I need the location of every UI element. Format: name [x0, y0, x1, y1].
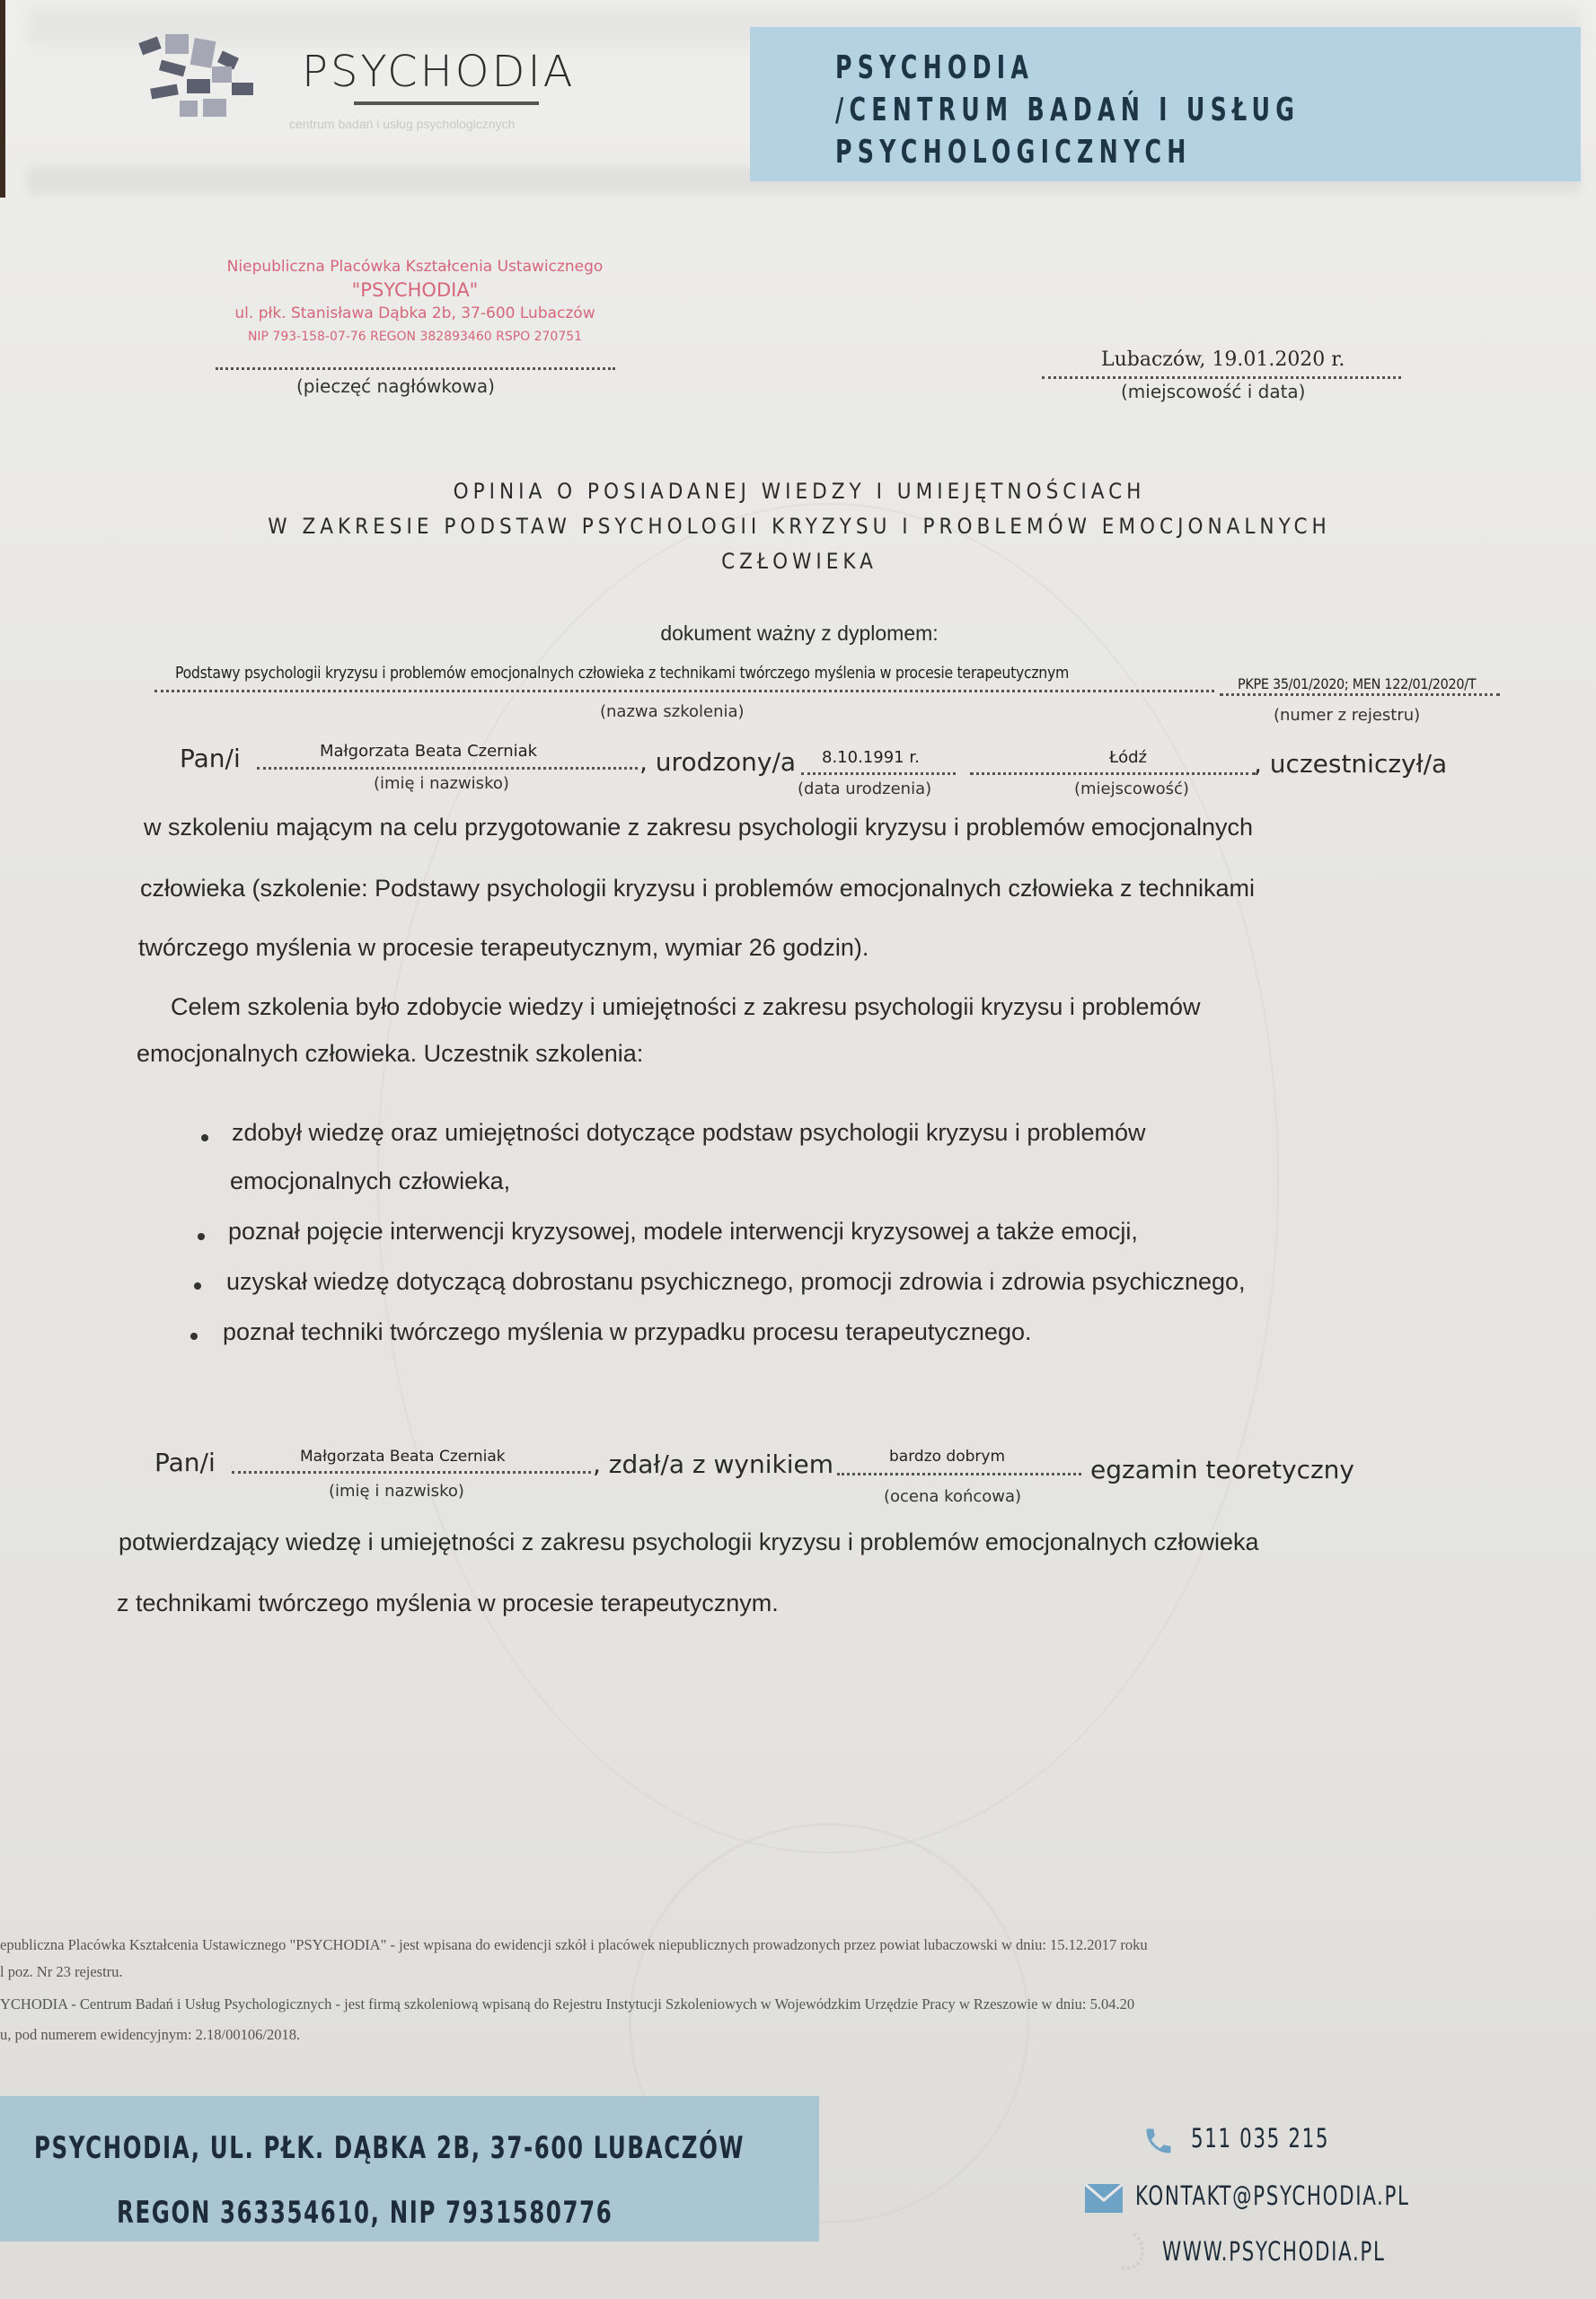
grade-dotted-line	[837, 1473, 1081, 1475]
stamp-line: "PSYCHODIA"	[199, 278, 630, 302]
title-line: W ZAKRESIE PODSTAW PSYCHOLOGII KRYZYSU I…	[153, 509, 1446, 544]
place-date-caption: (miejscowość i data)	[1121, 381, 1306, 402]
footer-website: WWW.PSYCHODIA.PL	[1162, 2236, 1385, 2267]
bullet-item: uzyskał wiedzę dotyczącą dobrostanu psyc…	[226, 1268, 1246, 1296]
footer-ids: REGON 363354610, NIP 7931580776	[117, 2195, 613, 2231]
title-line: CZŁOWIEKA	[153, 544, 1446, 579]
logo-underline	[354, 101, 539, 105]
confirm-line: z technikami twórczego myślenia w proces…	[117, 1590, 779, 1617]
exam-prefix: Pan/i	[154, 1448, 216, 1477]
bullet-icon	[198, 1233, 205, 1240]
register-number-caption: (numer z rejestru)	[1274, 706, 1420, 725]
course-dotted-line	[154, 690, 1214, 692]
footnote-line: u, pod numerem ewidencyjnym: 2.18/00106/…	[0, 2026, 300, 2044]
exam-name-caption: (imię i nazwisko)	[329, 1482, 464, 1501]
birth-date-caption: (data urodzenia)	[798, 780, 931, 798]
photo-edge	[0, 0, 5, 198]
bullet-icon	[194, 1282, 201, 1290]
stamp-dotted-line	[216, 367, 615, 370]
email-icon	[1085, 2184, 1123, 2213]
bullet-item: zdobył wiedzę oraz umiejętności dotycząc…	[232, 1119, 1145, 1147]
attended-label: , uczestniczył/a	[1254, 749, 1447, 779]
participant-name-dotted-line	[257, 767, 638, 770]
header-band-line: PSYCHOLOGICZNYCH	[835, 131, 1300, 173]
place-date-dotted-line	[1042, 376, 1401, 379]
stamp-caption: (pieczęć nagłówkowa)	[296, 375, 495, 397]
guilloche-watermark	[377, 503, 1279, 1854]
body-line: w szkoleniu mającym na celu przygotowani…	[144, 814, 1253, 841]
stamp-line: ul. płk. Stanisława Dąbka 2b, 37-600 Lub…	[199, 302, 630, 325]
bullet-icon	[190, 1333, 198, 1340]
phone-icon	[1142, 2125, 1175, 2157]
footer-address: PSYCHODIA, UL. PŁK. DĄBKA 2B, 37-600 LUB…	[34, 2130, 745, 2166]
header-band-line: PSYCHODIA	[835, 47, 1300, 89]
brand-logo-text: PSYCHODIA	[302, 47, 575, 97]
brain-logo-icon	[133, 27, 268, 128]
exam-name-dotted-line	[232, 1471, 591, 1474]
birth-date-value: 8.10.1991 r.	[822, 748, 920, 767]
body-line: twórczego myślenia w procesie terapeutyc…	[138, 934, 869, 962]
passed-label: , zdał/a z wynikiem	[593, 1449, 833, 1479]
header-band-line: /CENTRUM BADAŃ I USŁUG	[835, 89, 1300, 131]
bullet-item: poznał pojęcie interwencji kryzysowej, m…	[228, 1218, 1138, 1246]
institution-stamp: Niepubliczna Placówka Kształcenia Ustawi…	[199, 255, 630, 348]
stamp-line: NIP 793-158-07-76 REGON 382893460 RSPO 2…	[199, 325, 630, 348]
header-band: PSYCHODIA /CENTRUM BADAŃ I USŁUG PSYCHOL…	[750, 27, 1581, 181]
born-label: , urodzony/a	[639, 747, 796, 777]
footnote-line: l poz. Nr 23 rejestru.	[0, 1963, 123, 1981]
bullet-item-continued: emocjonalnych człowieka,	[230, 1167, 510, 1195]
course-name-value: Podstawy psychologii kryzysu i problemów…	[175, 665, 1069, 683]
participant-prefix: Pan/i	[180, 744, 241, 773]
exam-label: egzamin teoretyczny	[1090, 1455, 1354, 1484]
exam-name-value: Małgorzata Beata Czerniak	[300, 1448, 506, 1466]
valid-with-diploma: dokument ważny z dyplomem:	[153, 621, 1446, 646]
body-line: człowieka (szkolenie: Podstawy psycholog…	[140, 875, 1255, 903]
course-name-caption: (nazwa szkolenia)	[600, 702, 745, 721]
body-line: emocjonalnych człowieka. Uczestnik szkol…	[137, 1040, 643, 1068]
birth-place-caption: (miejscowość)	[1074, 780, 1189, 798]
stamp-line: Niepubliczna Placówka Kształcenia Ustawi…	[199, 255, 630, 278]
footer-phone: 511 035 215	[1191, 2123, 1329, 2154]
grade-caption: (ocena końcowa)	[884, 1487, 1021, 1506]
globe-icon	[1114, 2231, 1144, 2270]
body-line: Celem szkolenia było zdobycie wiedzy i u…	[171, 993, 1200, 1021]
participant-name-caption: (imię i nazwisko)	[374, 774, 509, 793]
confirm-line: potwierdzający wiedzę i umiejętności z z…	[119, 1528, 1259, 1556]
place-date-value: Lubaczów, 19.01.2020 r.	[1101, 348, 1345, 371]
grade-value: bardzo dobrym	[889, 1448, 1005, 1466]
bullet-icon	[201, 1134, 208, 1141]
footnote-line: epubliczna Placówka Kształcenia Ustawicz…	[0, 1936, 1148, 1954]
birth-date-dotted-line	[801, 772, 956, 775]
register-number-value: PKPE 35/01/2020; MEN 122/01/2020/T	[1238, 675, 1476, 692]
brand-tagline: centrum badań i usług psychologicznych	[289, 117, 515, 131]
document-title: OPINIA O POSIADANEJ WIEDZY I UMIEJĘTNOŚC…	[153, 474, 1446, 579]
title-line: OPINIA O POSIADANEJ WIEDZY I UMIEJĘTNOŚC…	[153, 474, 1446, 509]
register-dotted-line	[1220, 693, 1500, 696]
footnote-line: YCHODIA - Centrum Badań i Usług Psycholo…	[0, 1995, 1134, 2013]
bullet-item: poznał techniki twórczego myślenia w prz…	[223, 1318, 1031, 1346]
participant-name-value: Małgorzata Beata Czerniak	[320, 742, 537, 761]
birth-place-dotted-line	[970, 772, 1256, 775]
footer-email: KONTAKT@PSYCHODIA.PL	[1135, 2180, 1410, 2211]
birth-place-value: Łódź	[1109, 748, 1147, 767]
